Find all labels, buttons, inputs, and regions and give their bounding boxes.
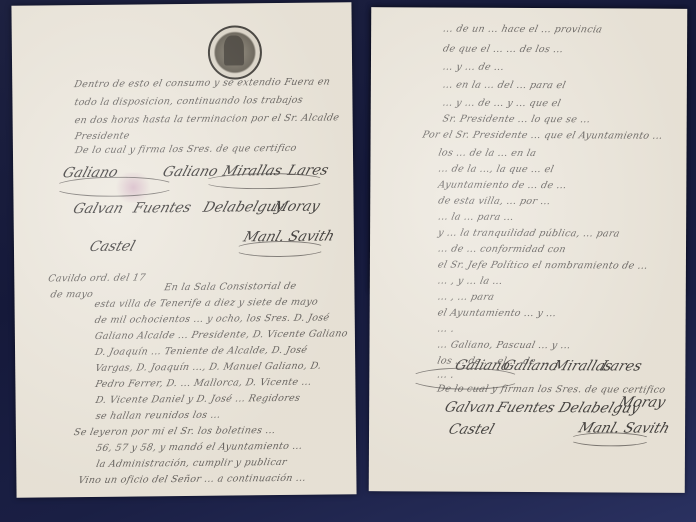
signature: Moray: [617, 394, 668, 410]
text-line: Presidente: [74, 131, 131, 143]
signature: Lares: [599, 358, 644, 374]
text-line: y ... la tranquilidad pública, ... para: [437, 228, 621, 240]
signature-flourish: [569, 432, 651, 446]
text-line: Vino un oficio del Señor ... a continuac…: [77, 473, 307, 486]
text-line: en dos horas hasta la terminacion por el…: [74, 112, 341, 126]
text-line: todo la disposicion, continuando los tra…: [73, 95, 304, 108]
text-line: ... de un ... hace el ... provincia: [442, 24, 603, 36]
text-line: Pedro Ferrer, D. ... Mallorca, D. Vicent…: [94, 377, 312, 390]
text-line: ... en la ... del ... para el: [442, 80, 567, 92]
text-line: ... de ... conformidad con: [437, 244, 567, 256]
text-line: Galiano Alcalde ... Presidente, D. Vicen…: [94, 328, 349, 342]
signature-flourish: [203, 173, 325, 190]
text-line: Sr. Presidente ... lo que se ...: [441, 114, 591, 126]
text-line: ... , ... para: [437, 292, 496, 303]
text-line: ... de la ..., la que ... el: [437, 164, 555, 176]
text-line: Se leyeron por mi el Sr. los boletines .…: [73, 425, 277, 438]
signature: Moray: [271, 199, 322, 216]
signature: Fuentes: [131, 200, 193, 217]
right-manuscript-page: ... de un ... hace el ... provincia de q…: [369, 7, 688, 493]
text-line: D. Vicente Daniel y D. José ... Regidore…: [94, 393, 301, 406]
text-line: D. Joaquín ... Teniente de Alcalde, D. J…: [94, 345, 308, 358]
text-line: de mil ochocientos ... y ocho, los Sres.…: [94, 312, 331, 325]
signature: Galvan: [71, 201, 125, 218]
seal-stamp-icon: [208, 25, 263, 80]
signature-flourish: [53, 176, 175, 197]
text-line: ... , y ... la ...: [437, 276, 504, 287]
text-line: Ayuntamiento de ... de ...: [437, 180, 568, 192]
signature: Galvan: [443, 400, 498, 416]
text-line: de esta villa, ... por ...: [437, 196, 552, 208]
text-line: De lo cual y firma los Sres. de que cert…: [74, 143, 298, 156]
text-line: el Sr. Jefe Político el nombramiento de …: [437, 260, 649, 272]
text-line: los ... de la ... en la: [437, 148, 537, 159]
text-line: ... y ... de ... y ... que el: [442, 98, 562, 110]
text-line: ... Galiano, Pascual ... y ...: [436, 340, 572, 352]
text-line: la Administración, cumplir y publicar: [95, 457, 288, 470]
text-line: Vargas, D. Joaquín ..., D. Manuel Galian…: [94, 361, 322, 374]
text-line: ... la ... para ...: [437, 212, 515, 223]
text-line: Dentro de esto el consumo y se extendio …: [73, 76, 331, 90]
text-line: esta villa de Tenerife a diez y siete de…: [93, 297, 319, 310]
left-manuscript-page: Dentro de esto el consumo y se extendio …: [11, 2, 356, 498]
signature-flourish: [409, 367, 521, 390]
signature: Fuentes: [495, 400, 557, 416]
signature: Castel: [446, 422, 496, 438]
text-line: Por el Sr. Presidente ... que el Ayuntam…: [421, 129, 663, 141]
text-line: En la Sala Consistorial de: [163, 281, 297, 293]
text-line: 56, 57 y 58, y mandó el Ayuntamiento ...: [95, 441, 304, 454]
text-line: el Ayuntamiento ... y ...: [436, 308, 557, 320]
text-line: ... .: [436, 324, 455, 335]
signature-flourish: [234, 241, 326, 258]
text-line: de que el ... ... de los ...: [442, 44, 565, 56]
margin-note: Cavildo ord. del 17: [47, 272, 146, 284]
signature: Castel: [87, 238, 137, 255]
text-line: ... y ... de ...: [442, 62, 506, 73]
margin-note: de mayo: [49, 289, 94, 300]
text-line: se hallan reunidos los ...: [95, 410, 222, 422]
